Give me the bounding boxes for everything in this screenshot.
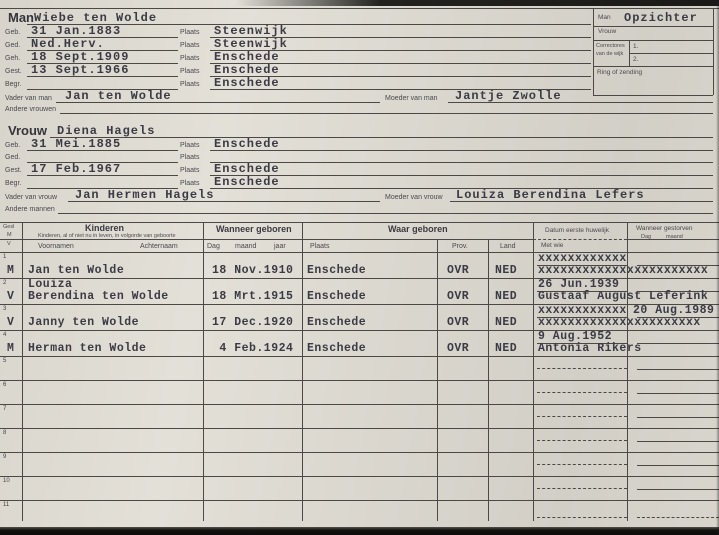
plaats-label: Plaats [180, 81, 199, 88]
row-number: 9 [3, 454, 6, 460]
rule [713, 8, 714, 95]
cell-plaats: Enschede [307, 317, 366, 329]
rule [537, 464, 627, 465]
cell-born: 18 Mrt.1915 [212, 291, 293, 303]
ring-of-zending-label: Ring of zending [597, 70, 642, 77]
field-value: 17 Feb.1967 [31, 163, 121, 175]
gestorven-dag-header: Dag [641, 234, 651, 241]
plaats-label: Plaats [180, 180, 199, 187]
cell-name: Herman ten Wolde [28, 343, 146, 355]
field-value: 31 Mei.1885 [31, 138, 121, 150]
jaar-header: jaar [274, 243, 286, 250]
achternaam-header: Achternaam [140, 243, 178, 250]
table-row-empty: 8 [0, 428, 719, 453]
rule [537, 416, 627, 417]
field-value: 31 Jan.1883 [31, 25, 121, 37]
plaats-value: Steenwijk [214, 25, 288, 37]
cell-prov: OVR [447, 317, 469, 329]
occupation-man-label: Man [598, 15, 611, 22]
plaats-value: Steenwijk [214, 38, 288, 50]
mother-value: Louiza Berendina Lefers [456, 189, 645, 201]
cell-marriage-date: xxxxxxxxxxxx [538, 253, 627, 265]
cell-marriage-date: 26 Jun.1939 [538, 279, 619, 291]
cell-spouse: xxxxxxxxxxxxxxxxxxxxxxx [538, 265, 708, 277]
cell-marriage-date: xxxxxxxxxxxx [538, 305, 627, 317]
table-row: 1 M Jan ten Wolde 18 Nov.1910 Enschede O… [0, 252, 719, 279]
table-row: 4 M Herman ten Wolde 4 Feb.1924 Enschede… [0, 330, 719, 357]
gesl-header: Gesl [3, 224, 14, 231]
field-label: Begr. [5, 180, 21, 187]
vrouw-name: Diena Hagels [57, 125, 155, 137]
gesl-v: V [7, 241, 11, 248]
rule [210, 175, 713, 176]
rule [593, 26, 713, 27]
voornamen-header: Voornamen [38, 243, 74, 250]
row-number: 7 [3, 406, 6, 412]
gesl-m: M [7, 232, 12, 239]
rule [210, 150, 713, 151]
others-label: Andere mannen [5, 206, 55, 213]
father-label: Vader van man [5, 95, 52, 102]
field-value: 13 Sept.1966 [31, 64, 129, 76]
dag-header: Dag [207, 243, 220, 250]
cell-gender: V [7, 291, 14, 303]
cell-prov: OVR [447, 291, 469, 303]
table-row: 2 V Louiza Berendina ten Wolde 18 Mrt.19… [0, 278, 719, 305]
cell-land: NED [495, 265, 517, 277]
field-label: Geb. [5, 29, 20, 36]
row-number: 4 [3, 332, 6, 338]
cell-plaats: Enschede [307, 343, 366, 355]
correctors-label-line1: Correctores [596, 43, 625, 50]
row-number: 6 [3, 382, 6, 388]
plaats-label: Plaats [180, 29, 199, 36]
plaats-label: Plaats [180, 167, 199, 174]
field-value: 18 Sept.1909 [31, 51, 129, 63]
photo-edge-bottom [0, 527, 719, 535]
table-row-empty: 7 [0, 404, 719, 429]
field-label: Geh. [5, 55, 20, 62]
cell-name: Jan ten Wolde [28, 265, 124, 277]
father-value: Jan ten Wolde [65, 90, 172, 102]
cell-name: Janny ten Wolde [28, 317, 139, 329]
table-row-empty: 9 [0, 452, 719, 477]
cell-plaats: Enschede [307, 291, 366, 303]
occupation-man-value: Opzichter [624, 12, 698, 24]
rule [537, 440, 627, 441]
plaats-label: Plaats [180, 42, 199, 49]
rule [637, 489, 719, 490]
rule [637, 465, 719, 466]
field-label: Ged. [5, 154, 20, 161]
cell-land: NED [495, 291, 517, 303]
table-row: 3 V Janny ten Wolde 17 Dec.1920 Enschede… [0, 304, 719, 331]
rule [593, 66, 713, 67]
rule [637, 517, 719, 518]
cell-name: Berendina ten Wolde [28, 291, 169, 303]
rule [593, 40, 713, 41]
row-number: 11 [3, 502, 9, 508]
rule [58, 213, 713, 214]
plaats-value: Enschede [214, 163, 280, 175]
wanneer-geboren-header: Wanneer geboren [216, 225, 292, 234]
photo-edge-top [235, 0, 719, 6]
father-value: Jan Hermen Hagels [75, 189, 214, 201]
man-title: Man [8, 11, 34, 24]
field-label: Gest. [5, 68, 22, 75]
corrector-1-label: 1. [633, 44, 638, 51]
field-label: Ged. [5, 42, 20, 49]
rule [533, 239, 627, 240]
row-number: 2 [3, 280, 6, 286]
datum-huwelijk-header: Datum eerste huwelijk [545, 228, 609, 235]
land-header: Land [500, 243, 516, 250]
row-number: 3 [3, 306, 6, 312]
cell-land: NED [495, 317, 517, 329]
table-row-empty: 5 [0, 356, 719, 381]
rule [537, 517, 627, 518]
plaats-label: Plaats [180, 55, 199, 62]
waar-geboren-header: Waar geboren [388, 225, 448, 234]
table-row-empty: 10 [0, 476, 719, 501]
cell-death-date: 20 Aug.1989 [633, 305, 714, 317]
plaats-value: Enschede [214, 176, 280, 188]
rule [637, 441, 719, 442]
rule [537, 368, 627, 369]
kinderen-header: Kinderen [85, 224, 124, 233]
gestorven-maand-header: maand [666, 234, 683, 241]
rule [593, 8, 594, 95]
cell-prov: OVR [447, 343, 469, 355]
cell-spouse: Gustaaf August Leferink [538, 291, 708, 303]
prov-header: Prov. [452, 243, 468, 250]
rule [60, 113, 713, 114]
cell-land: NED [495, 343, 517, 355]
mother-label: Moeder van vrouw [385, 194, 443, 201]
cell-plaats: Enschede [307, 265, 366, 277]
correctors-label-line2: van de wijk [596, 51, 623, 58]
plaats-label: Plaats [180, 142, 199, 149]
row-number: 5 [3, 358, 6, 364]
table-row-empty: 6 [0, 380, 719, 405]
plaats-value: Enschede [214, 77, 280, 89]
maand-header: maand [235, 243, 256, 250]
cell-born: 18 Nov.1910 [212, 265, 293, 277]
mother-value: Jantje Zwolle [455, 90, 562, 102]
rule [537, 392, 627, 393]
plaats-header: Plaats [310, 243, 329, 250]
plaats-label: Plaats [180, 154, 199, 161]
plaats-value: Enschede [214, 64, 280, 76]
rule [537, 488, 627, 489]
rule [629, 53, 713, 54]
cell-born: 17 Dec.1920 [212, 317, 293, 329]
cell-name-extra: Louiza [28, 279, 72, 291]
row-number: 1 [3, 254, 6, 260]
cell-marriage-date: 9 Aug.1952 [538, 331, 612, 343]
plaats-value: Enschede [214, 138, 280, 150]
rule [637, 417, 719, 418]
cell-spouse: Antonia Rikers [538, 343, 642, 355]
mother-label: Moeder van man [385, 95, 438, 102]
cell-gender: V [7, 317, 14, 329]
rule [593, 95, 713, 96]
rule [637, 343, 719, 344]
father-label: Vader van vrouw [5, 194, 57, 201]
rule [637, 369, 719, 370]
cell-gender: M [7, 265, 14, 277]
corrector-2-label: 2. [633, 57, 638, 64]
wanneer-gestorven-header: Wanneer gestorven [636, 226, 693, 233]
cell-prov: OVR [447, 265, 469, 277]
field-label: Geb. [5, 142, 20, 149]
family-record-card: Man Wiebe ten Wolde Geb. 31 Jan.1883 Pla… [0, 0, 719, 535]
man-name: Wiebe ten Wolde [34, 12, 157, 24]
plaats-value: Enschede [214, 51, 280, 63]
others-label: Andere vrouwen [5, 106, 56, 113]
card-top-rule [0, 8, 719, 9]
row-number: 8 [3, 430, 6, 436]
kinderen-subtitle: Kinderen, al of niet nu in leven, in vol… [38, 233, 176, 240]
table-row-empty: 11 [0, 500, 719, 521]
field-value: Ned.Herv. [31, 38, 105, 50]
rule [210, 162, 713, 163]
cell-born: 4 Feb.1924 [212, 343, 293, 355]
cell-spouse: xxxxxxxxxxxxxxxxxxxxxx [538, 317, 701, 329]
occupation-vrouw-label: Vrouw [598, 29, 616, 36]
field-label: Begr. [5, 81, 21, 88]
cell-gender: M [7, 343, 14, 355]
field-label: Gest. [5, 167, 22, 174]
met-wie-header: Met wie [541, 243, 563, 250]
vrouw-title: Vrouw [8, 124, 47, 137]
row-number: 10 [3, 478, 10, 484]
plaats-label: Plaats [180, 68, 199, 75]
rule [637, 393, 719, 394]
